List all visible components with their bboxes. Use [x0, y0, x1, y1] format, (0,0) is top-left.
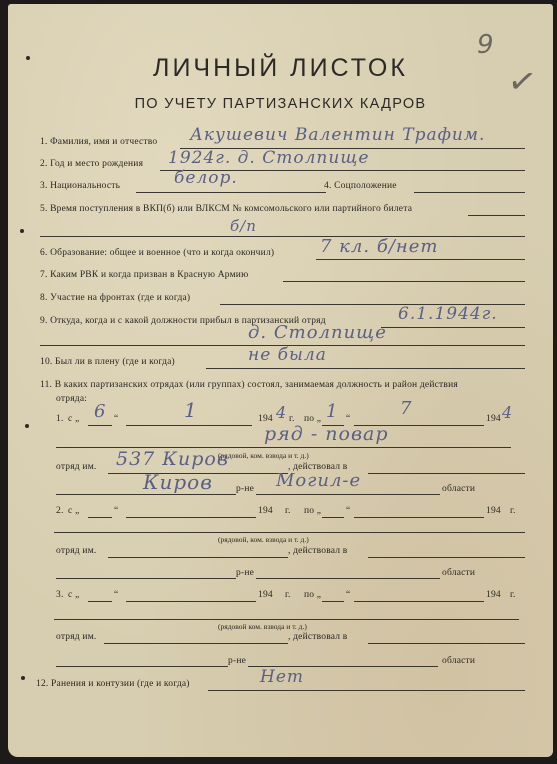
field-12-value[interactable]: Нет	[260, 667, 304, 687]
quote-mark: “	[114, 506, 118, 516]
quote-mark: “	[114, 590, 118, 600]
punch-hole	[21, 676, 25, 680]
entry-1-from-year[interactable]: 4	[276, 403, 287, 422]
entry-1-from-day[interactable]: 6	[94, 401, 106, 422]
year-prefix: 194	[486, 590, 501, 600]
entry-1-operated-line	[368, 473, 525, 474]
entry-3-num: 3.	[56, 590, 64, 600]
entry-2-position-line[interactable]	[54, 532, 525, 533]
field-6-value[interactable]: 7 кл. б/нет	[320, 236, 438, 257]
field-10-line	[206, 368, 525, 369]
punch-hole	[25, 424, 29, 428]
detachment-label: отряд им.	[56, 546, 97, 556]
entry-2-to-day-line[interactable]	[322, 517, 344, 518]
year-prefix: 194	[486, 506, 501, 516]
entry-2-detachment-line[interactable]	[108, 557, 288, 558]
field-3-value[interactable]: белор.	[174, 168, 238, 188]
field-9-place-value[interactable]: д. Столпище	[248, 322, 387, 343]
entry-1-from-month[interactable]: 1	[184, 398, 198, 422]
entry-3-from-month-line[interactable]	[126, 601, 256, 602]
entry-3-from-label: с „	[68, 590, 79, 600]
document-title: ЛИЧНЫЙ ЛИСТОК	[8, 54, 553, 83]
year-suffix: г.	[285, 590, 291, 600]
punch-hole	[20, 229, 24, 233]
entry-3-district-line[interactable]	[56, 666, 228, 667]
quote-mark: “	[114, 414, 118, 424]
field-12-line	[208, 690, 525, 691]
field-1-label: 1. Фамилия, имя и отчество	[40, 137, 157, 147]
entry-3-position-line[interactable]	[54, 619, 519, 620]
field-8-label: 8. Участие на фронтах (где и когда)	[40, 293, 190, 303]
district-label: р-не	[228, 656, 246, 666]
year-suffix: г.	[285, 506, 291, 516]
year-suffix: г.	[510, 506, 516, 516]
field-2-label: 2. Год и место рождения	[40, 159, 143, 169]
entry-1-from-month-line	[126, 425, 252, 426]
quote-mark: “	[346, 506, 350, 516]
position-hint: (рядовой, ком. взвода и т. д.)	[218, 451, 309, 460]
entry-1-district[interactable]: Киров	[143, 470, 213, 494]
region-label: области	[442, 656, 475, 666]
field-11-label-line2: отряда:	[56, 394, 87, 404]
entry-2-operated-line[interactable]	[368, 557, 525, 558]
entry-2-region-line[interactable]	[256, 578, 440, 579]
field-5-label: 5. Время поступления в ВКП(б) или ВЛКСМ …	[40, 204, 412, 214]
field-2-value[interactable]: 1924г. д. Столпище	[168, 148, 369, 168]
field-1-value[interactable]: Акушевич Валентин Трафим.	[190, 125, 485, 145]
field-6-label: 6. Образование: общее и военное (что и к…	[40, 248, 274, 258]
field-9-date-value[interactable]: 6.1.1944г.	[398, 304, 498, 324]
entry-2-to-month-line[interactable]	[354, 517, 484, 518]
entry-3-to-label: по „	[304, 590, 321, 600]
field-6-line	[316, 259, 525, 260]
field-7-line	[283, 281, 525, 282]
position-hint: (рядовой ком. взвода и т. д.)	[218, 622, 307, 631]
field-4-line	[414, 192, 525, 193]
entry-3-from-day-line[interactable]	[88, 601, 112, 602]
entry-1-region-line	[256, 494, 440, 495]
entry-1-to-month[interactable]: 7	[400, 398, 412, 419]
entry-2-from-day-line[interactable]	[88, 517, 112, 518]
entry-1-region[interactable]: Могил-е	[276, 470, 361, 491]
field-5-line-b	[40, 236, 525, 237]
page-number-mark: 9	[477, 30, 494, 60]
entry-1-to-day[interactable]: 1	[326, 401, 338, 422]
entry-3-detachment-line[interactable]	[104, 643, 288, 644]
field-10-label: 10. Был ли в плену (где и когда)	[40, 357, 175, 367]
district-label: р-не	[236, 484, 254, 494]
detachment-label: отряд им.	[56, 462, 97, 472]
year-prefix: 194	[258, 590, 273, 600]
entry-2-from-month-line[interactable]	[126, 517, 256, 518]
field-4-label: 4. Соцположение	[324, 181, 397, 191]
entry-3-to-month-line[interactable]	[354, 601, 484, 602]
entry-1-to-year[interactable]: 4	[502, 403, 513, 422]
year-suffix: г.	[510, 590, 516, 600]
field-3-line	[136, 192, 326, 193]
position-hint: (рядовой, ком. взвода и т. д.)	[218, 535, 309, 544]
entry-1-num: 1.	[56, 414, 64, 424]
field-12-label: 12. Ранения и контузии (где и когда)	[36, 679, 190, 689]
field-3-label: 3. Национальность	[40, 181, 120, 191]
entry-1-position[interactable]: ряд - повар	[264, 423, 389, 445]
field-10-value[interactable]: не была	[248, 345, 327, 365]
region-label: области	[442, 568, 475, 578]
entry-2-district-line[interactable]	[56, 578, 236, 579]
operated-in-label: , действовал в	[288, 632, 348, 642]
entry-2-from-label: с „	[68, 506, 79, 516]
personal-record-sheet: ЛИЧНЫЙ ЛИСТОК ПО УЧЕТУ ПАРТИЗАНСКИХ КАДР…	[8, 4, 553, 757]
region-label: области	[442, 484, 475, 494]
document-subtitle: ПО УЧЕТУ ПАРТИЗАНСКИХ КАДРОВ	[8, 96, 553, 112]
year-prefix: 194	[486, 414, 501, 424]
entry-3-operated-line[interactable]	[368, 643, 525, 644]
entry-1-from-day-line	[88, 425, 112, 426]
entry-1-district-line	[56, 494, 236, 495]
operated-in-label: , действовал в	[288, 546, 348, 556]
quote-mark: “	[346, 590, 350, 600]
field-9-line-a	[381, 327, 525, 328]
field-11-label-line1: 11. В каких партизанских отрядах (или гр…	[40, 380, 458, 390]
entry-3-to-day-line[interactable]	[322, 601, 344, 602]
entry-2-to-label: по „	[304, 506, 321, 516]
field-7-label: 7. Каким РВК и когда призван в Красную А…	[40, 270, 248, 280]
entry-2-num: 2.	[56, 506, 64, 516]
year-prefix: 194	[258, 506, 273, 516]
district-label: р-не	[236, 568, 254, 578]
entry-1-detachment[interactable]: 537 Киров	[116, 448, 229, 470]
field-5-value[interactable]: б/п	[230, 217, 257, 235]
field-5-line-a	[468, 215, 525, 216]
entry-1-from-label: с „	[68, 414, 79, 424]
detachment-label: отряд им.	[56, 632, 97, 642]
